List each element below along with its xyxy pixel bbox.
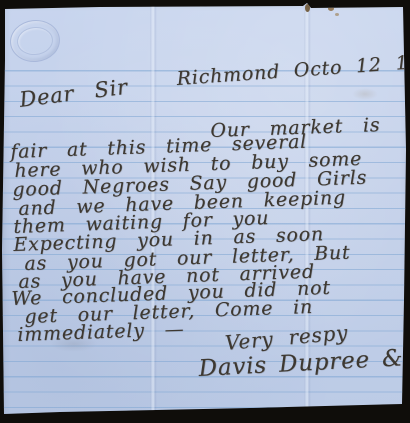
fold-notch-stain: [305, 4, 310, 12]
letter-paper: Richmond Octo 12 1860 Dear Sir Our marke…: [0, 0, 410, 423]
stain-spot: [328, 6, 334, 11]
embossed-seal-inner-ring: [16, 25, 55, 57]
stain-spot: [335, 13, 339, 16]
smudge-stain: [352, 88, 378, 100]
scanned-letter-photo: Richmond Octo 12 1860 Dear Sir Our marke…: [0, 0, 410, 423]
